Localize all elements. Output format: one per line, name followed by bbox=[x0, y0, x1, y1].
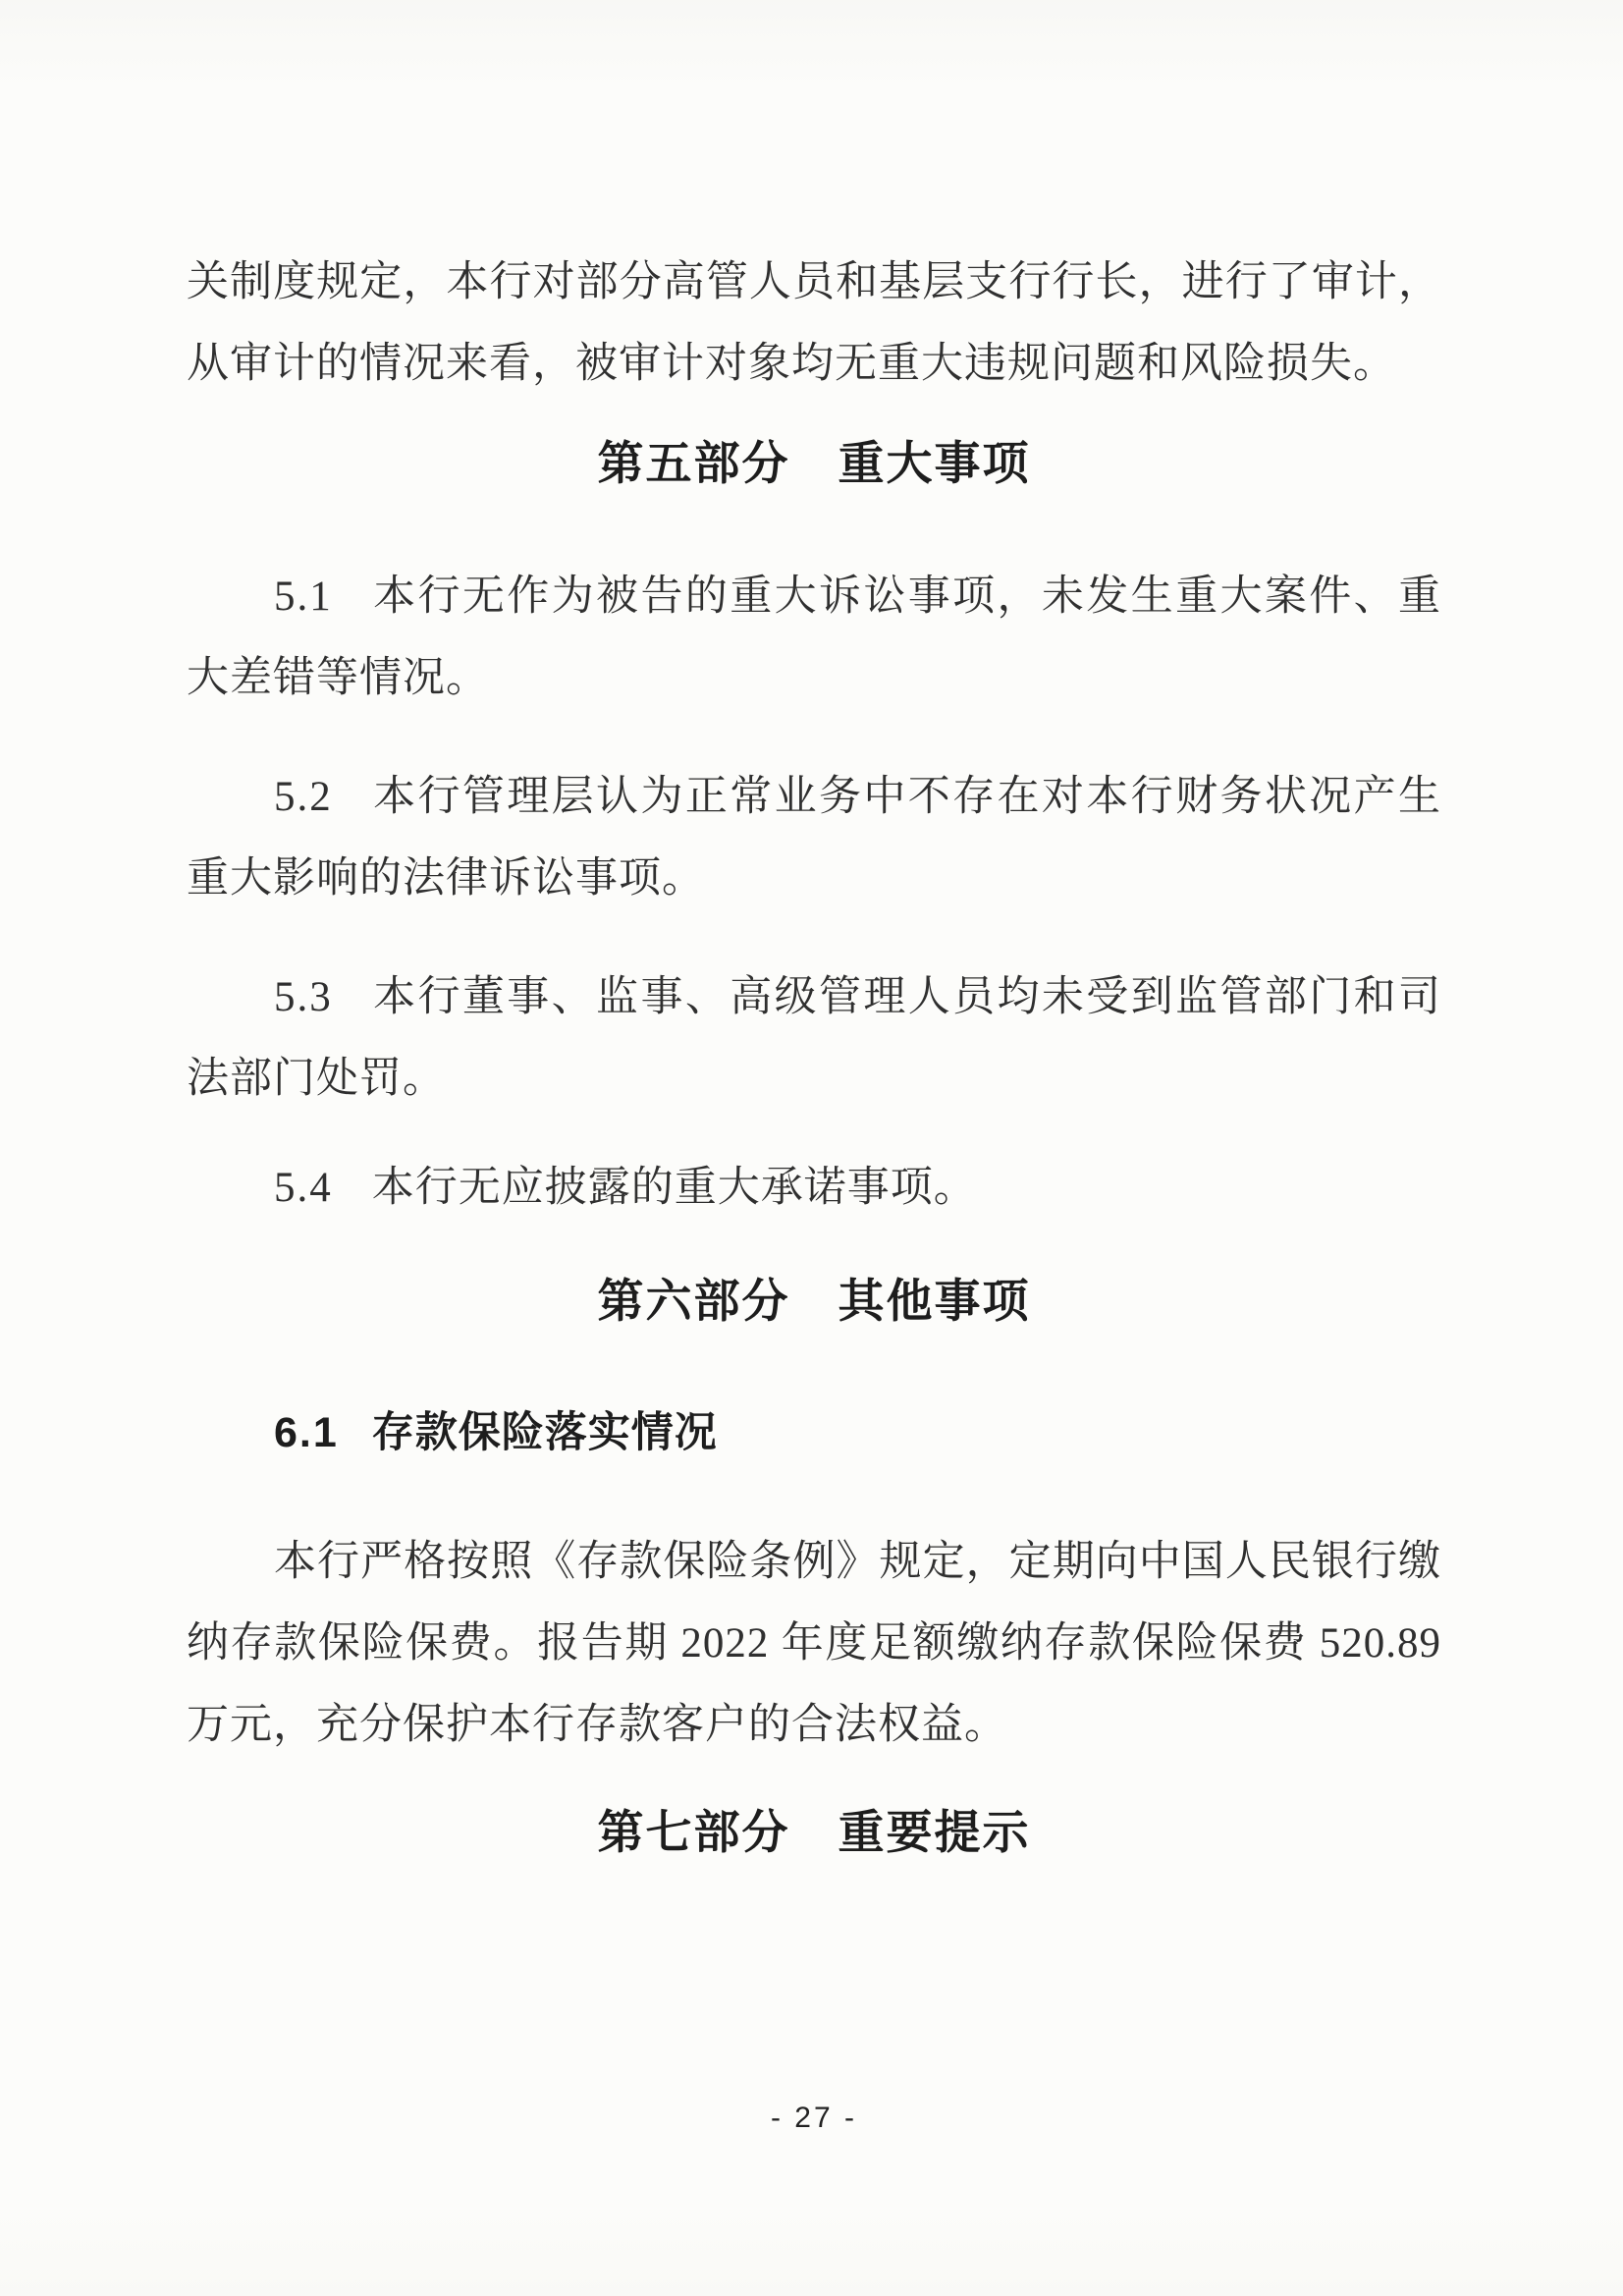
item-5-1: 5.1本行无作为被告的重大诉讼事项，未发生重大案件、重大差错等情况。 bbox=[187, 556, 1441, 719]
item-5-3-number: 5.3 bbox=[274, 974, 333, 1020]
item-5-2-number: 5.2 bbox=[274, 774, 333, 820]
item-5-4-number: 5.4 bbox=[274, 1165, 333, 1211]
subsection-6-1-heading: 6.1存款保险落实情况 bbox=[187, 1405, 1441, 1460]
document-page: 关制度规定，本行对部分高管人员和基层支行行长，进行了审计，从审计的情况来看，被审… bbox=[0, 0, 1623, 2296]
item-5-4-text: 本行无应披露的重大承诺事项。 bbox=[372, 1165, 977, 1211]
deposit-insurance-paragraph: 本行严格按照《存款保险条例》规定，定期向中国人民银行缴纳存款保险保费。报告期 2… bbox=[187, 1521, 1441, 1766]
section-5-heading: 第五部分 重大事项 bbox=[187, 434, 1441, 493]
item-5-4: 5.4本行无应披露的重大承诺事项。 bbox=[187, 1147, 1441, 1229]
section-6-heading: 第六部分 其他事项 bbox=[187, 1272, 1441, 1331]
item-5-2-text: 本行管理层认为正常业务中不存在对本行财务状况产生重大影响的法律诉讼事项。 bbox=[187, 774, 1441, 902]
item-5-2: 5.2本行管理层认为正常业务中不存在对本行财务状况产生重大影响的法律诉讼事项。 bbox=[187, 756, 1441, 919]
item-5-3: 5.3本行董事、监事、高级管理人员均未受到监管部门和司法部门处罚。 bbox=[187, 957, 1441, 1120]
item-5-1-text: 本行无作为被告的重大诉讼事项，未发生重大案件、重大差错等情况。 bbox=[187, 574, 1441, 701]
subsection-6-1-number: 6.1 bbox=[274, 1409, 339, 1456]
subsection-6-1-title: 存款保险落实情况 bbox=[372, 1409, 718, 1456]
page-number: - 27 - bbox=[187, 2102, 1441, 2135]
item-5-3-text: 本行董事、监事、高级管理人员均未受到监管部门和司法部门处罚。 bbox=[187, 974, 1441, 1102]
item-5-1-number: 5.1 bbox=[274, 574, 333, 620]
page-content: 关制度规定，本行对部分高管人员和基层支行行长，进行了审计，从审计的情况来看，被审… bbox=[187, 242, 1441, 1862]
intro-paragraph: 关制度规定，本行对部分高管人员和基层支行行长，进行了审计，从审计的情况来看，被审… bbox=[187, 242, 1441, 405]
section-7-heading: 第七部分 重要提示 bbox=[187, 1803, 1441, 1862]
